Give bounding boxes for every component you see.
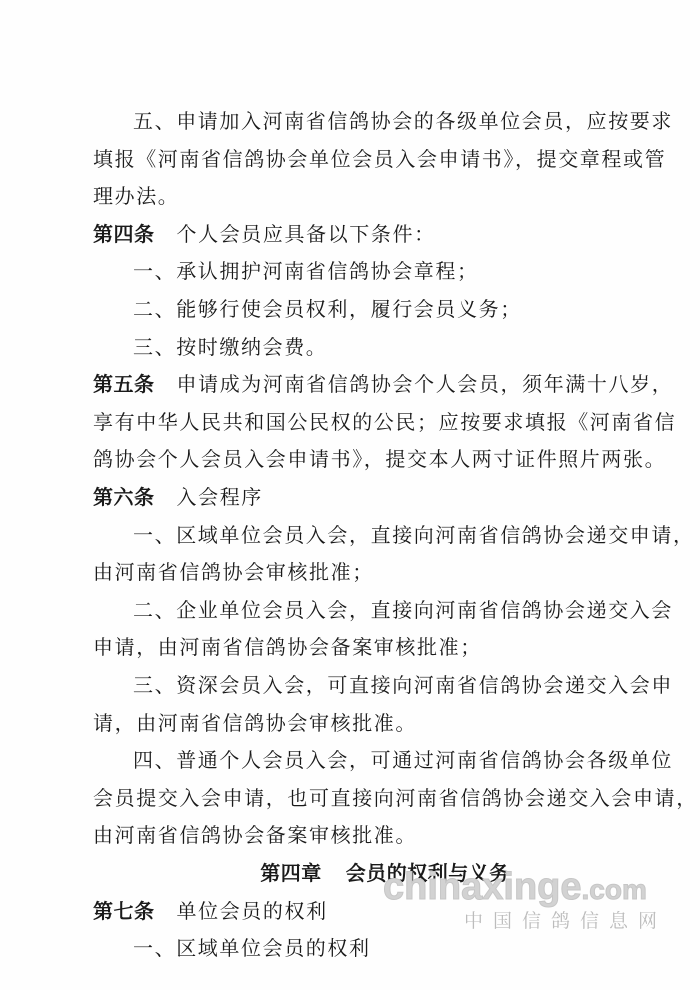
article-heading-line: 第六条入会程序 [93,478,613,516]
line-text: 享有中华人民共和国公民权的公民；应按要求填报《河南省信 [93,410,676,434]
paragraph-line: 填报《河南省信鸽协会单位会员入会申请书》，提交章程或管 [93,140,613,178]
line-text: 请，由河南省信鸽协会审核批准。 [93,711,417,735]
paragraph-line-indented: 三、按时缴纳会费。 [133,328,653,366]
line-text: 一、承认拥护河南省信鸽协会章程； [133,259,479,283]
article-text: 单位会员的权利 [177,899,328,923]
line-text: 一、区域单位会员的权利 [133,936,371,960]
line-text: 二、能够行使会员权利，履行会员义务； [133,297,522,321]
line-text: 由河南省信鸽协会审核批准； [93,560,374,584]
line-text: 四、普通个人会员入会，可通过河南省信鸽协会各级单位 [133,748,673,772]
paragraph-line: 会员提交入会申请，也可直接向河南省信鸽协会递交入会申请， [93,779,613,817]
article-text: 申请成为河南省信鸽协会个人会员，须年满十八岁， [177,372,674,396]
line-text: 由河南省信鸽协会备案审核批准。 [93,823,417,847]
watermark-site-tld: .com [582,874,647,905]
line-text: 二、企业单位会员入会，直接向河南省信鸽协会递交入会 [133,598,673,622]
paragraph-line: 理办法。 [93,177,613,215]
article-label: 第六条 [93,485,155,509]
article-text: 入会程序 [177,485,263,509]
paragraph-line: 鸽协会个人会员入会申请书》，提交本人两寸证件照片两张。 [93,440,613,478]
paragraph-line-indented: 二、企业单位会员入会，直接向河南省信鸽协会递交入会 [133,591,653,629]
paragraph-line-indented: 五、申请加入河南省信鸽协会的各级单位会员，应按要求 [133,102,653,140]
paragraph-line-indented: 一、区域单位会员入会，直接向河南省信鸽协会递交申请， [133,516,653,554]
line-text: 鸽协会个人会员入会申请书》，提交本人两寸证件照片两张。 [93,447,666,471]
article-label: 第七条 [93,899,155,923]
article-label: 第五条 [93,372,155,396]
line-text: 申请，由河南省信鸽协会备案审核批准； [93,635,482,659]
line-text: 三、按时缴纳会费。 [133,335,327,359]
paragraph-line: 由河南省信鸽协会备案审核批准。 [93,816,613,854]
chapter-number: 第四章 [260,861,322,885]
line-text: 三、资深会员入会，可直接向河南省信鸽协会递交入会申 [133,673,673,697]
watermark-site-name: chinaxinge [383,866,582,908]
line-text: 填报《河南省信鸽协会单位会员入会申请书》，提交章程或管 [93,147,666,171]
line-text: 一、区域单位会员入会，直接向河南省信鸽协会递交申请， [133,523,695,547]
paragraph-line-indented: 三、资深会员入会，可直接向河南省信鸽协会递交入会申 [133,666,653,704]
paragraph-line: 享有中华人民共和国公民权的公民；应按要求填报《河南省信 [93,403,613,441]
article-text: 个人会员应具备以下条件： [177,222,436,246]
watermark-name-cn: 中国信鸽信息网 [464,908,667,934]
paragraph-line-indented: 一、承认拥护河南省信鸽协会章程； [133,252,653,290]
line-text: 理办法。 [93,184,179,208]
paragraph-line: 由河南省信鸽协会审核批准； [93,553,613,591]
line-text: 会员提交入会申请，也可直接向河南省信鸽协会递交入会申请， [93,786,698,810]
paragraph-line: 请，由河南省信鸽协会审核批准。 [93,704,613,742]
article-label: 第四条 [93,222,155,246]
line-text: 五、申请加入河南省信鸽协会的各级单位会员，应按要求 [133,109,673,133]
paragraph-line-indented: 二、能够行使会员权利，履行会员义务； [133,290,653,328]
document-page: 五、申请加入河南省信鸽协会的各级单位会员，应按要求填报《河南省信鸽协会单位会员入… [0,0,700,990]
article-heading-line: 第五条申请成为河南省信鸽协会个人会员，须年满十八岁， [93,365,613,403]
paragraph-line: 申请，由河南省信鸽协会备案审核批准； [93,628,613,666]
paragraph-line-indented: 一、区域单位会员的权利 [133,929,653,967]
paragraph-line-indented: 四、普通个人会员入会，可通过河南省信鸽协会各级单位 [133,741,653,779]
article-heading-line: 第四条个人会员应具备以下条件： [93,215,613,253]
